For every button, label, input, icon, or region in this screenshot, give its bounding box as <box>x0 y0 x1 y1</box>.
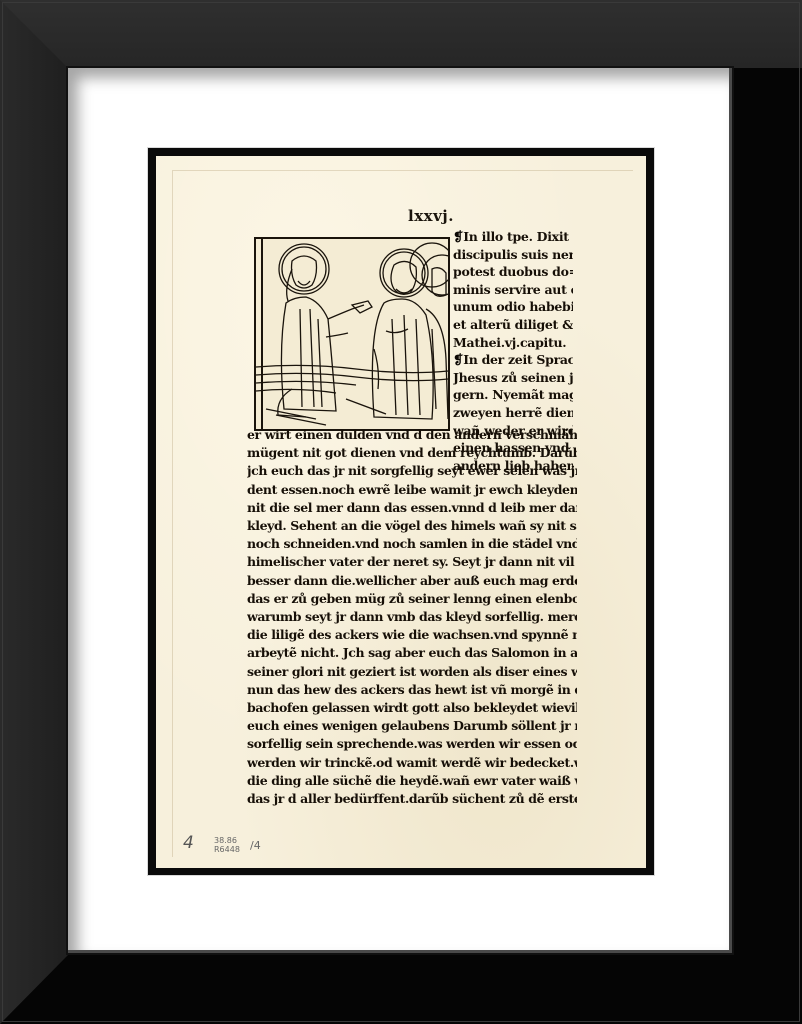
text-line: seiner glori nit geziert ist worden als … <box>247 663 577 681</box>
woodcut-illustration <box>254 237 450 431</box>
accession-fraction: /4 <box>250 839 261 852</box>
text-line: discipulis suis nemo <box>453 246 573 264</box>
text-line: das jr d aller bedürffent.darũb süchent … <box>247 790 577 808</box>
accession-top: 38.86 <box>214 836 240 845</box>
text-line: sorfellig sein sprechende.was werden wir… <box>247 735 577 753</box>
text-line: die ding alle süchẽ die heydẽ.wañ ewr va… <box>247 772 577 790</box>
text-line: nun das hew des ackers das hewt ist vñ m… <box>247 681 577 699</box>
text-line: kleyd. Sehent an die vögel des himels wa… <box>247 517 577 535</box>
text-line: werden wir trinckẽ.od wamit werdẽ wir be… <box>247 754 577 772</box>
text-line: das er zů geben müg zů seiner lenng eine… <box>247 590 577 608</box>
text-line: ❡In illo tpe. Dixit <box>453 228 573 246</box>
text-line: unum odio habebit. <box>453 298 573 316</box>
text-line: noch schneiden.vnd noch samlen in die st… <box>247 535 577 553</box>
text-line: warumb seyt jr dann vmb das kleyd sorfel… <box>247 608 577 626</box>
text-line: Jhesus zů seinen jun <box>453 369 573 387</box>
text-line: die liligẽ des ackers wie die wachsen.vn… <box>247 626 577 644</box>
text-line: euch eines wenigen gelaubens Darumb söll… <box>247 717 577 735</box>
accession-bottom: R6448 <box>214 845 240 854</box>
text-line: besser dann die.wellicher aber auß euch … <box>247 572 577 590</box>
text-line: jch euch das jr nit sorgfellig seyt ewer… <box>247 462 577 480</box>
pilcrow-icon: ❡ <box>453 229 463 244</box>
text-line: ❡In der zeit Sprach <box>453 351 573 369</box>
pencil-page-number: 4 <box>183 833 194 853</box>
text-line: et alterũ diliget &c. <box>453 316 573 334</box>
text-line: zweyen herrẽ dienẽ. <box>453 404 573 422</box>
text-line: mügent nit got dienen vnd dem reychtumb.… <box>247 444 577 462</box>
christ-and-disciples-woodcut-icon <box>256 239 448 429</box>
german-body-text: er wirt einen dulden vnd d den andern ve… <box>247 426 577 808</box>
text-line: minis servire aut enĩ <box>453 281 573 299</box>
text-line: Mathei.vj.capitu. <box>453 334 573 352</box>
accession-number: 38.86 R6448 <box>214 836 240 854</box>
text-line: gern. Nyemãt mag <box>453 386 573 404</box>
pilcrow-icon: ❡ <box>453 352 463 367</box>
frame-top-rail <box>0 0 802 68</box>
text-line: arbeytẽ nicht. Jch sag aber euch das Sal… <box>247 644 577 662</box>
folio-number: lxxvj. <box>408 207 454 225</box>
text-line: dent essen.noch ewrẽ leibe wamit jr ewch… <box>247 481 577 499</box>
text-line: bachofen gelassen wirdt gott also bekley… <box>247 699 577 717</box>
text-line: himelischer vater der neret sy. Seyt jr … <box>247 553 577 571</box>
text-line: nit die sel mer dann das essen.vnnd d le… <box>247 499 577 517</box>
text-line: er wirt einen dulden vnd d den andern ve… <box>247 426 577 444</box>
frame-left-rail <box>0 0 68 1024</box>
text-line: potest duobus do= <box>453 263 573 281</box>
